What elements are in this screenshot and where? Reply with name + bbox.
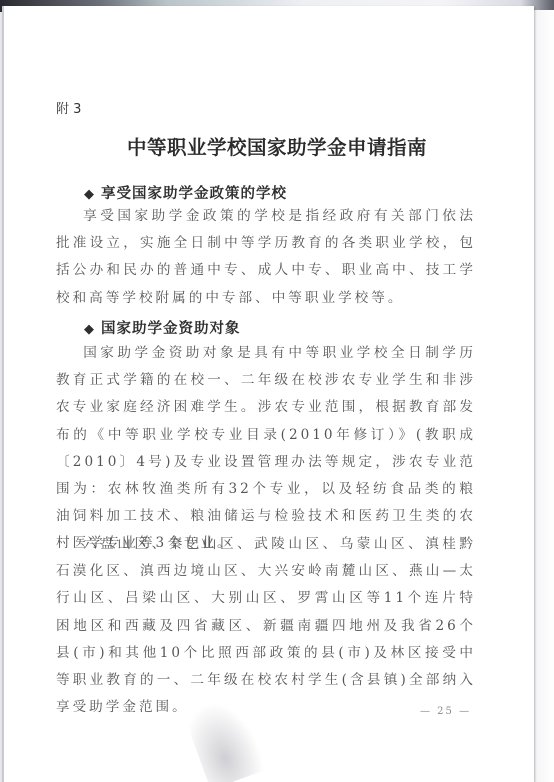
page-number: — 25 — xyxy=(420,706,471,717)
paragraph-recipients: 国家助学金资助对象是具有中等职业学校全日制学历教育正式学籍的在校一、二年级在校涉… xyxy=(56,340,476,558)
section-heading-eligible-schools: ◆享受国家助学金政策的学校 xyxy=(84,182,287,203)
diamond-bullet-icon: ◆ xyxy=(84,187,95,202)
diamond-bullet-icon: ◆ xyxy=(84,322,95,337)
section-heading-text: 享受国家助学金政策的学校 xyxy=(101,186,287,202)
paragraph-poverty-areas: 六盘山区、秦巴山区、武陵山区、乌蒙山区、滇桂黔石漠化区、滇西边境山区、大兴安岭南… xyxy=(56,531,476,721)
paragraph-eligible-schools: 享受国家助学金政策的学校是指经政府有关部门依法批准设立，实施全日制中等学历教育的… xyxy=(56,203,476,312)
page-title: 中等职业学校国家助学金申请指南 xyxy=(0,132,554,160)
attachment-label: 附 3 xyxy=(56,98,81,117)
section-heading-recipients: ◆国家助学金资助对象 xyxy=(84,317,241,338)
page-edge xyxy=(532,10,554,782)
section-heading-text: 国家助学金资助对象 xyxy=(101,321,241,337)
